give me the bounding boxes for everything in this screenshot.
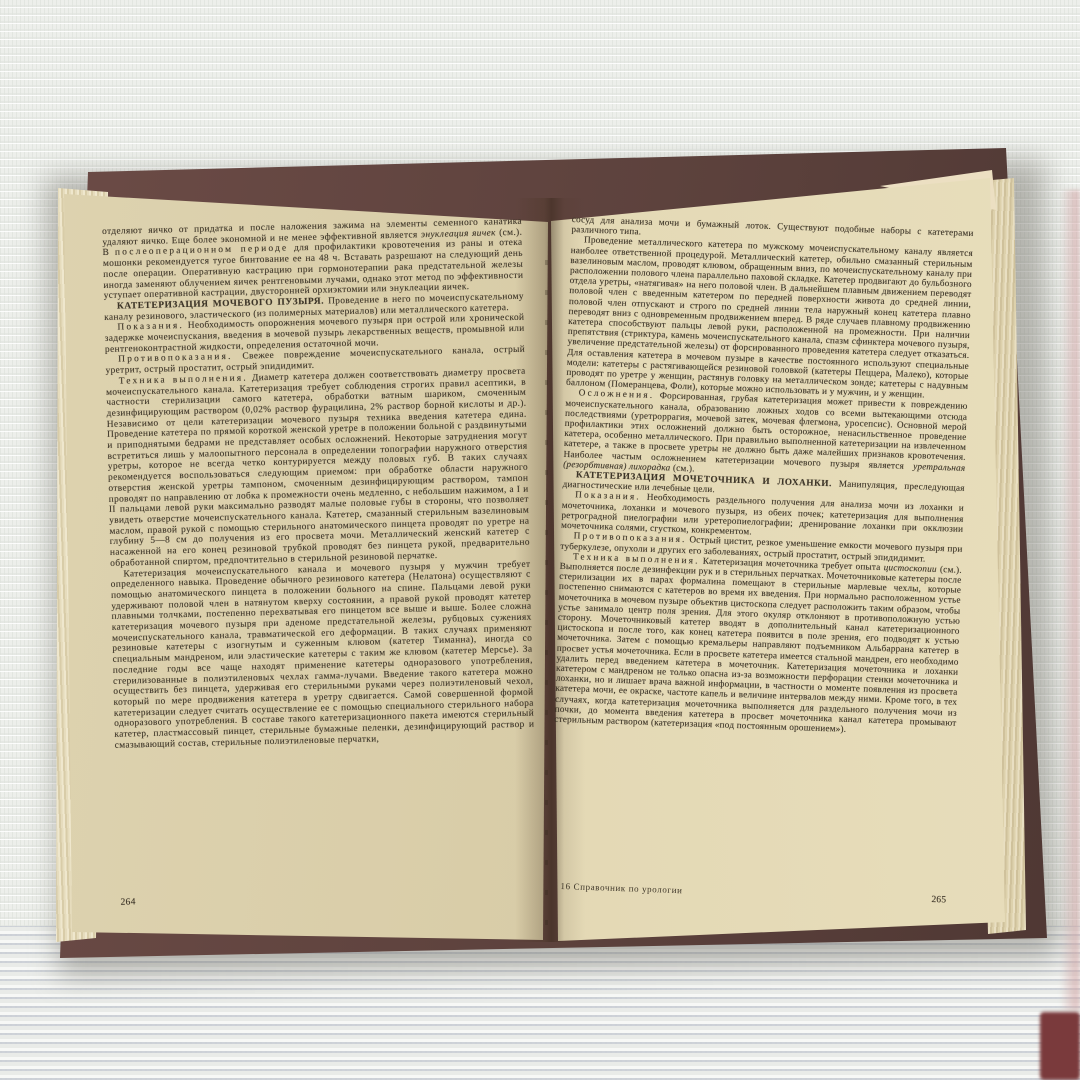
paragraph: Катетеризация мочеиспускательного канала… — [110, 559, 534, 751]
paragraph: Техника выполнения. Катетеризация мочето… — [554, 550, 962, 737]
text-segment: Катетеризация мочеиспускательного канала… — [111, 559, 535, 750]
page-number: 265 — [931, 895, 950, 906]
text-segment: Проведение металлического катетера по му… — [566, 235, 973, 400]
binding-stitches — [545, 235, 548, 925]
text-column: отделяют яичко от придатка и после налож… — [102, 217, 535, 752]
text-segment: Показания. — [117, 321, 184, 333]
text-segment: Диаметр катетера должен соответствовать … — [106, 367, 530, 569]
paragraph: отделяют яичко от придатка и после налож… — [102, 217, 524, 302]
text-segment: Форсированная, грубая катетеризация може… — [563, 390, 967, 470]
paragraph: Техника выполнения. Диаметр катетера дол… — [106, 367, 531, 570]
text-segment: (см.). — [670, 462, 695, 473]
photo-scene: отделяют яичко от придатка и после налож… — [0, 0, 1080, 1080]
page-number: 264 — [120, 898, 136, 909]
text-column: сосуд для анализа мочи и бумажный лоток.… — [554, 214, 974, 738]
book: отделяют яичко от придатка и после налож… — [0, 0, 1080, 1080]
text-segment: (см.). Выполняется после дезинфекции рук… — [554, 561, 962, 734]
paragraph: Проведение металлического катетера по му… — [566, 234, 973, 401]
paragraph: Осложнения. Форсированная, грубая катете… — [563, 387, 968, 483]
right-page-text: сосуд для анализа мочи и бумажный лоток.… — [548, 214, 973, 906]
left-page-text: отделяют яичко от придатка и после налож… — [102, 217, 539, 911]
